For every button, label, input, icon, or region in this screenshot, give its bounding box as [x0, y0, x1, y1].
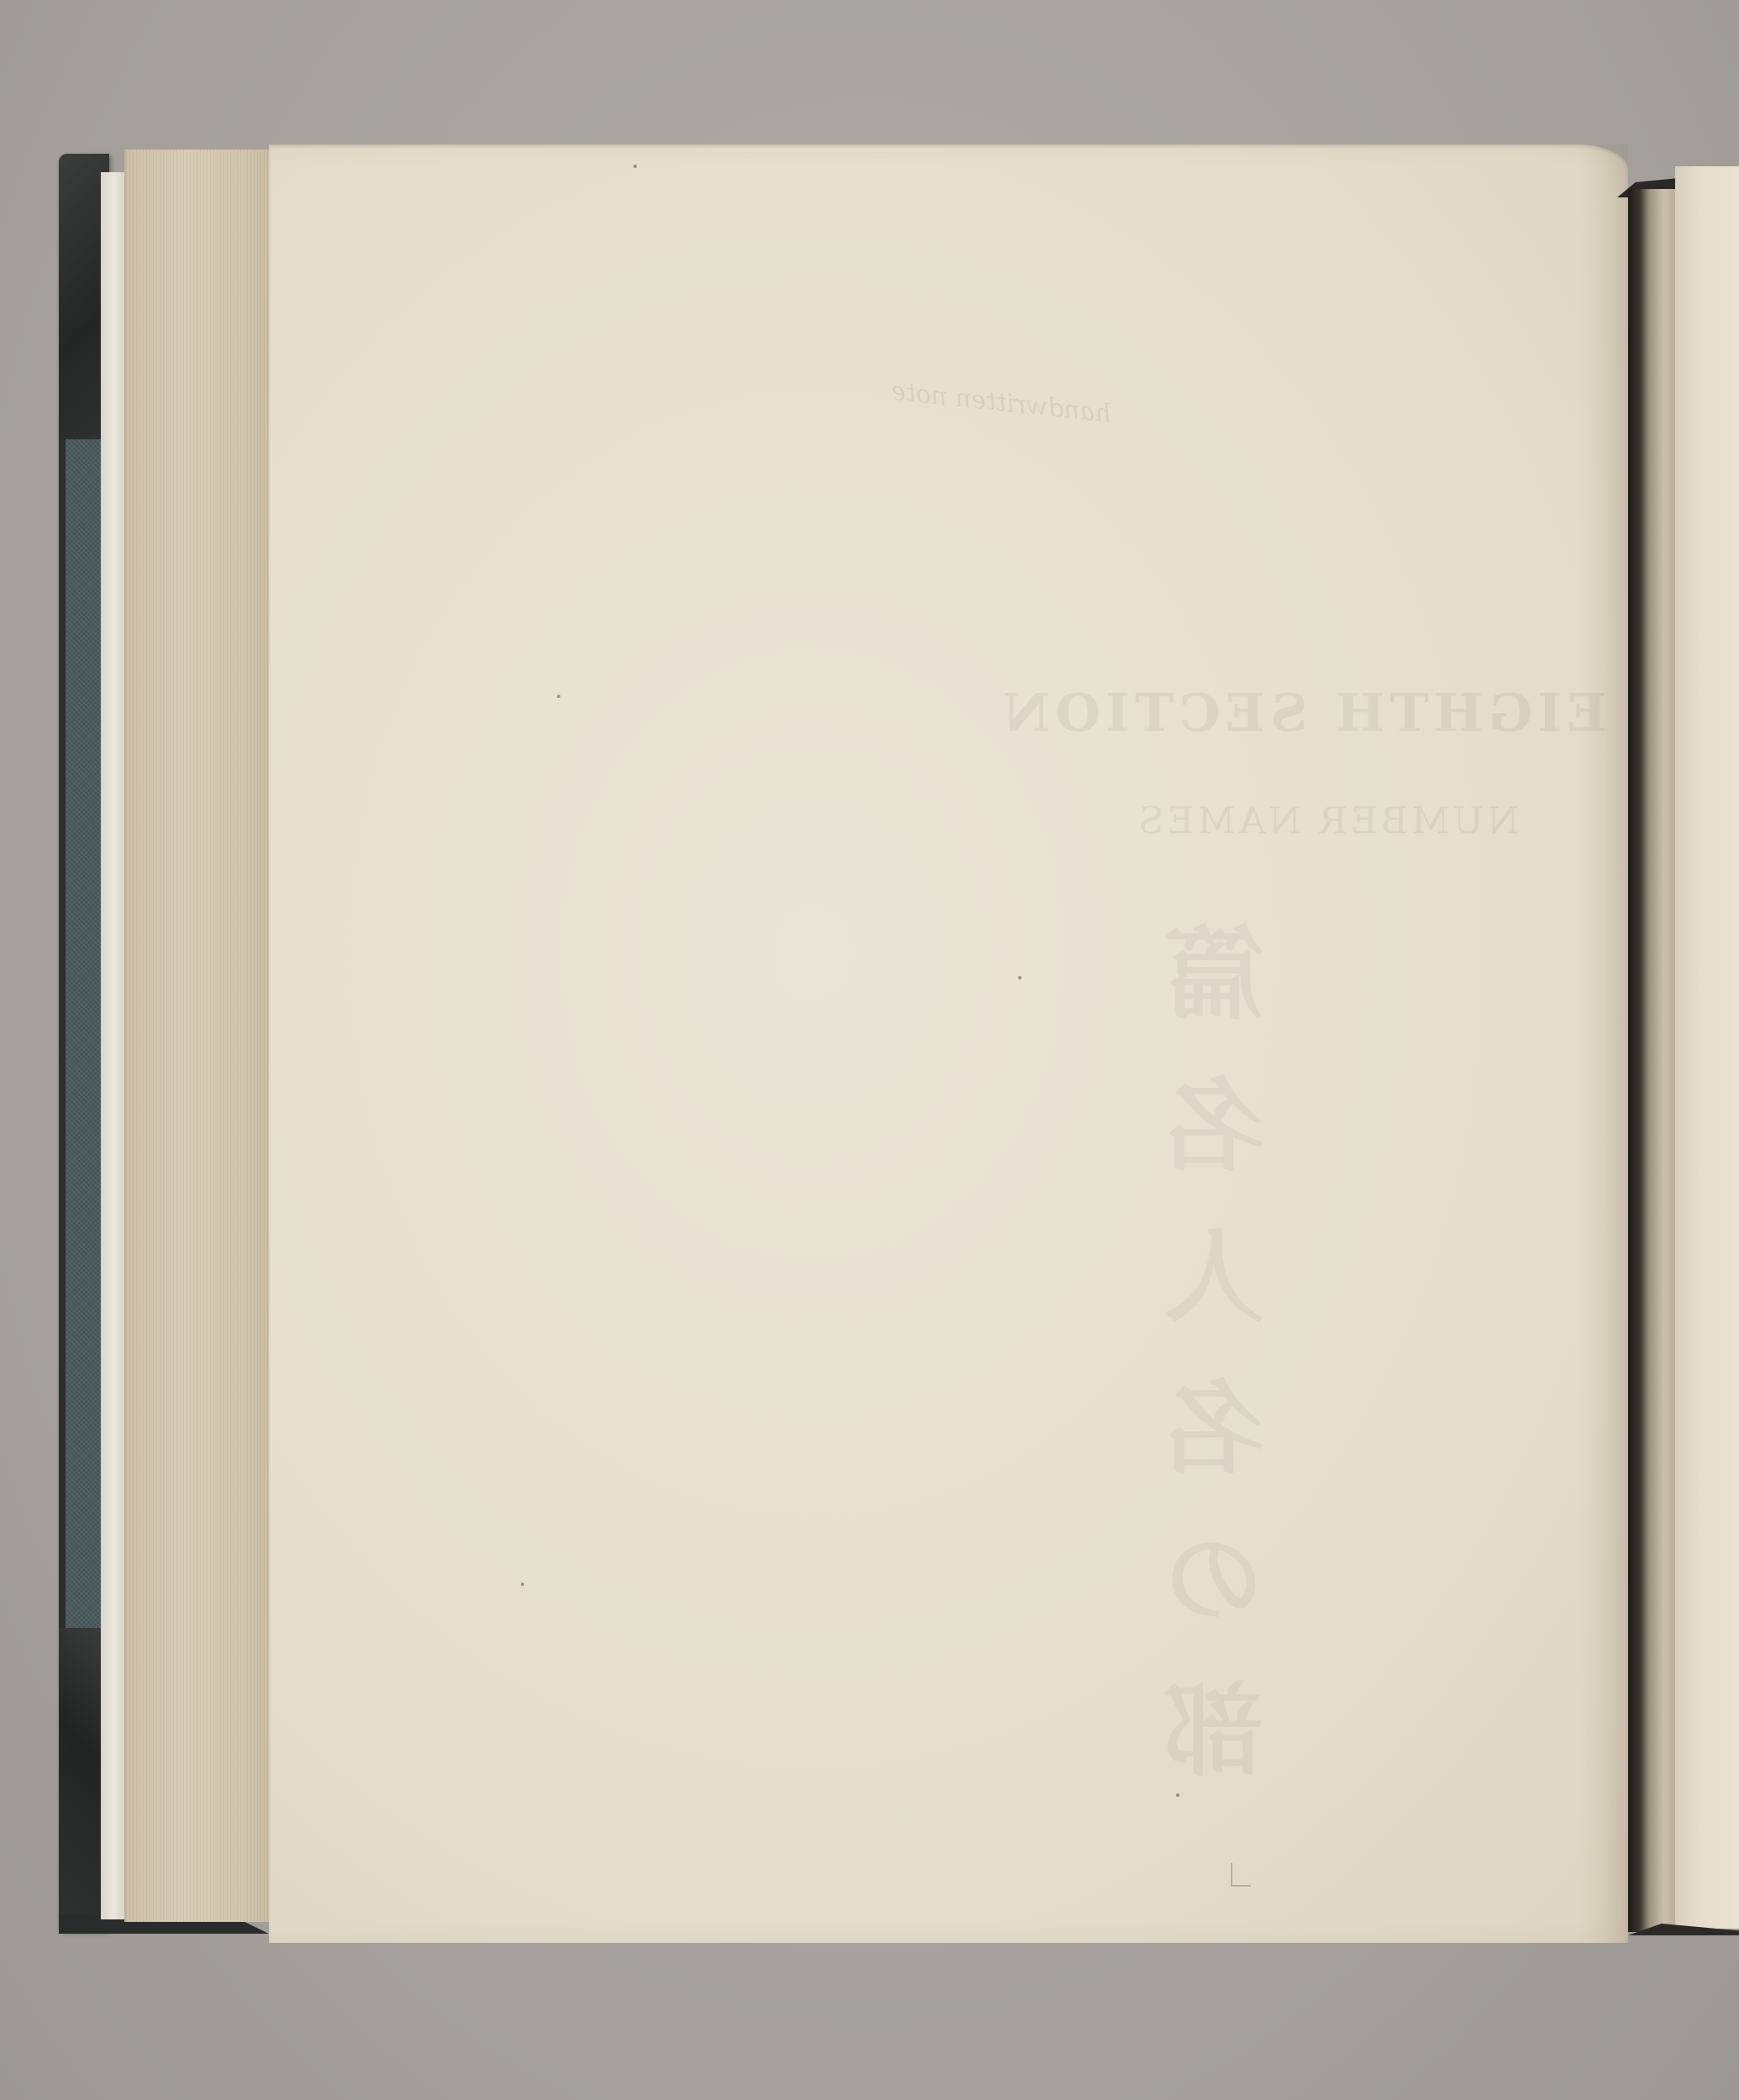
show-through-corner-mark: [1231, 1863, 1251, 1887]
show-through-kanji: 部: [1164, 1673, 1264, 1791]
paper-speck: [633, 165, 637, 168]
facing-recto-page[interactable]: [1675, 166, 1739, 1929]
blank-verso-page[interactable]: handwritten note EIGHTH SECTION NUMBER N…: [269, 144, 1628, 1943]
paper-speck: [1176, 1793, 1179, 1797]
show-through-kanji: の: [1164, 1522, 1264, 1640]
book-gutter: [1628, 189, 1675, 1932]
endpaper-edge: [101, 172, 126, 1919]
page-curve-shadow: [1578, 144, 1628, 1943]
show-through-scribble: handwritten note: [890, 376, 1112, 428]
paper-speck: [557, 695, 560, 698]
show-through-kanji: 名: [1164, 1371, 1264, 1488]
show-through-section-title: EIGHTH SECTION: [958, 682, 1647, 743]
show-through-kanji: 人: [1164, 1220, 1264, 1337]
show-through-kanji-column: 篇 名 人 名 の 部: [1159, 917, 1269, 1791]
paper-speck: [521, 1583, 524, 1586]
page-fore-edge-stack: [124, 150, 273, 1922]
show-through-kanji: 篇: [1164, 917, 1264, 1035]
show-through-section-subtitle: NUMBER NAMES: [1008, 800, 1647, 843]
show-through-kanji: 名: [1164, 1068, 1264, 1186]
paper-speck: [1018, 976, 1022, 979]
